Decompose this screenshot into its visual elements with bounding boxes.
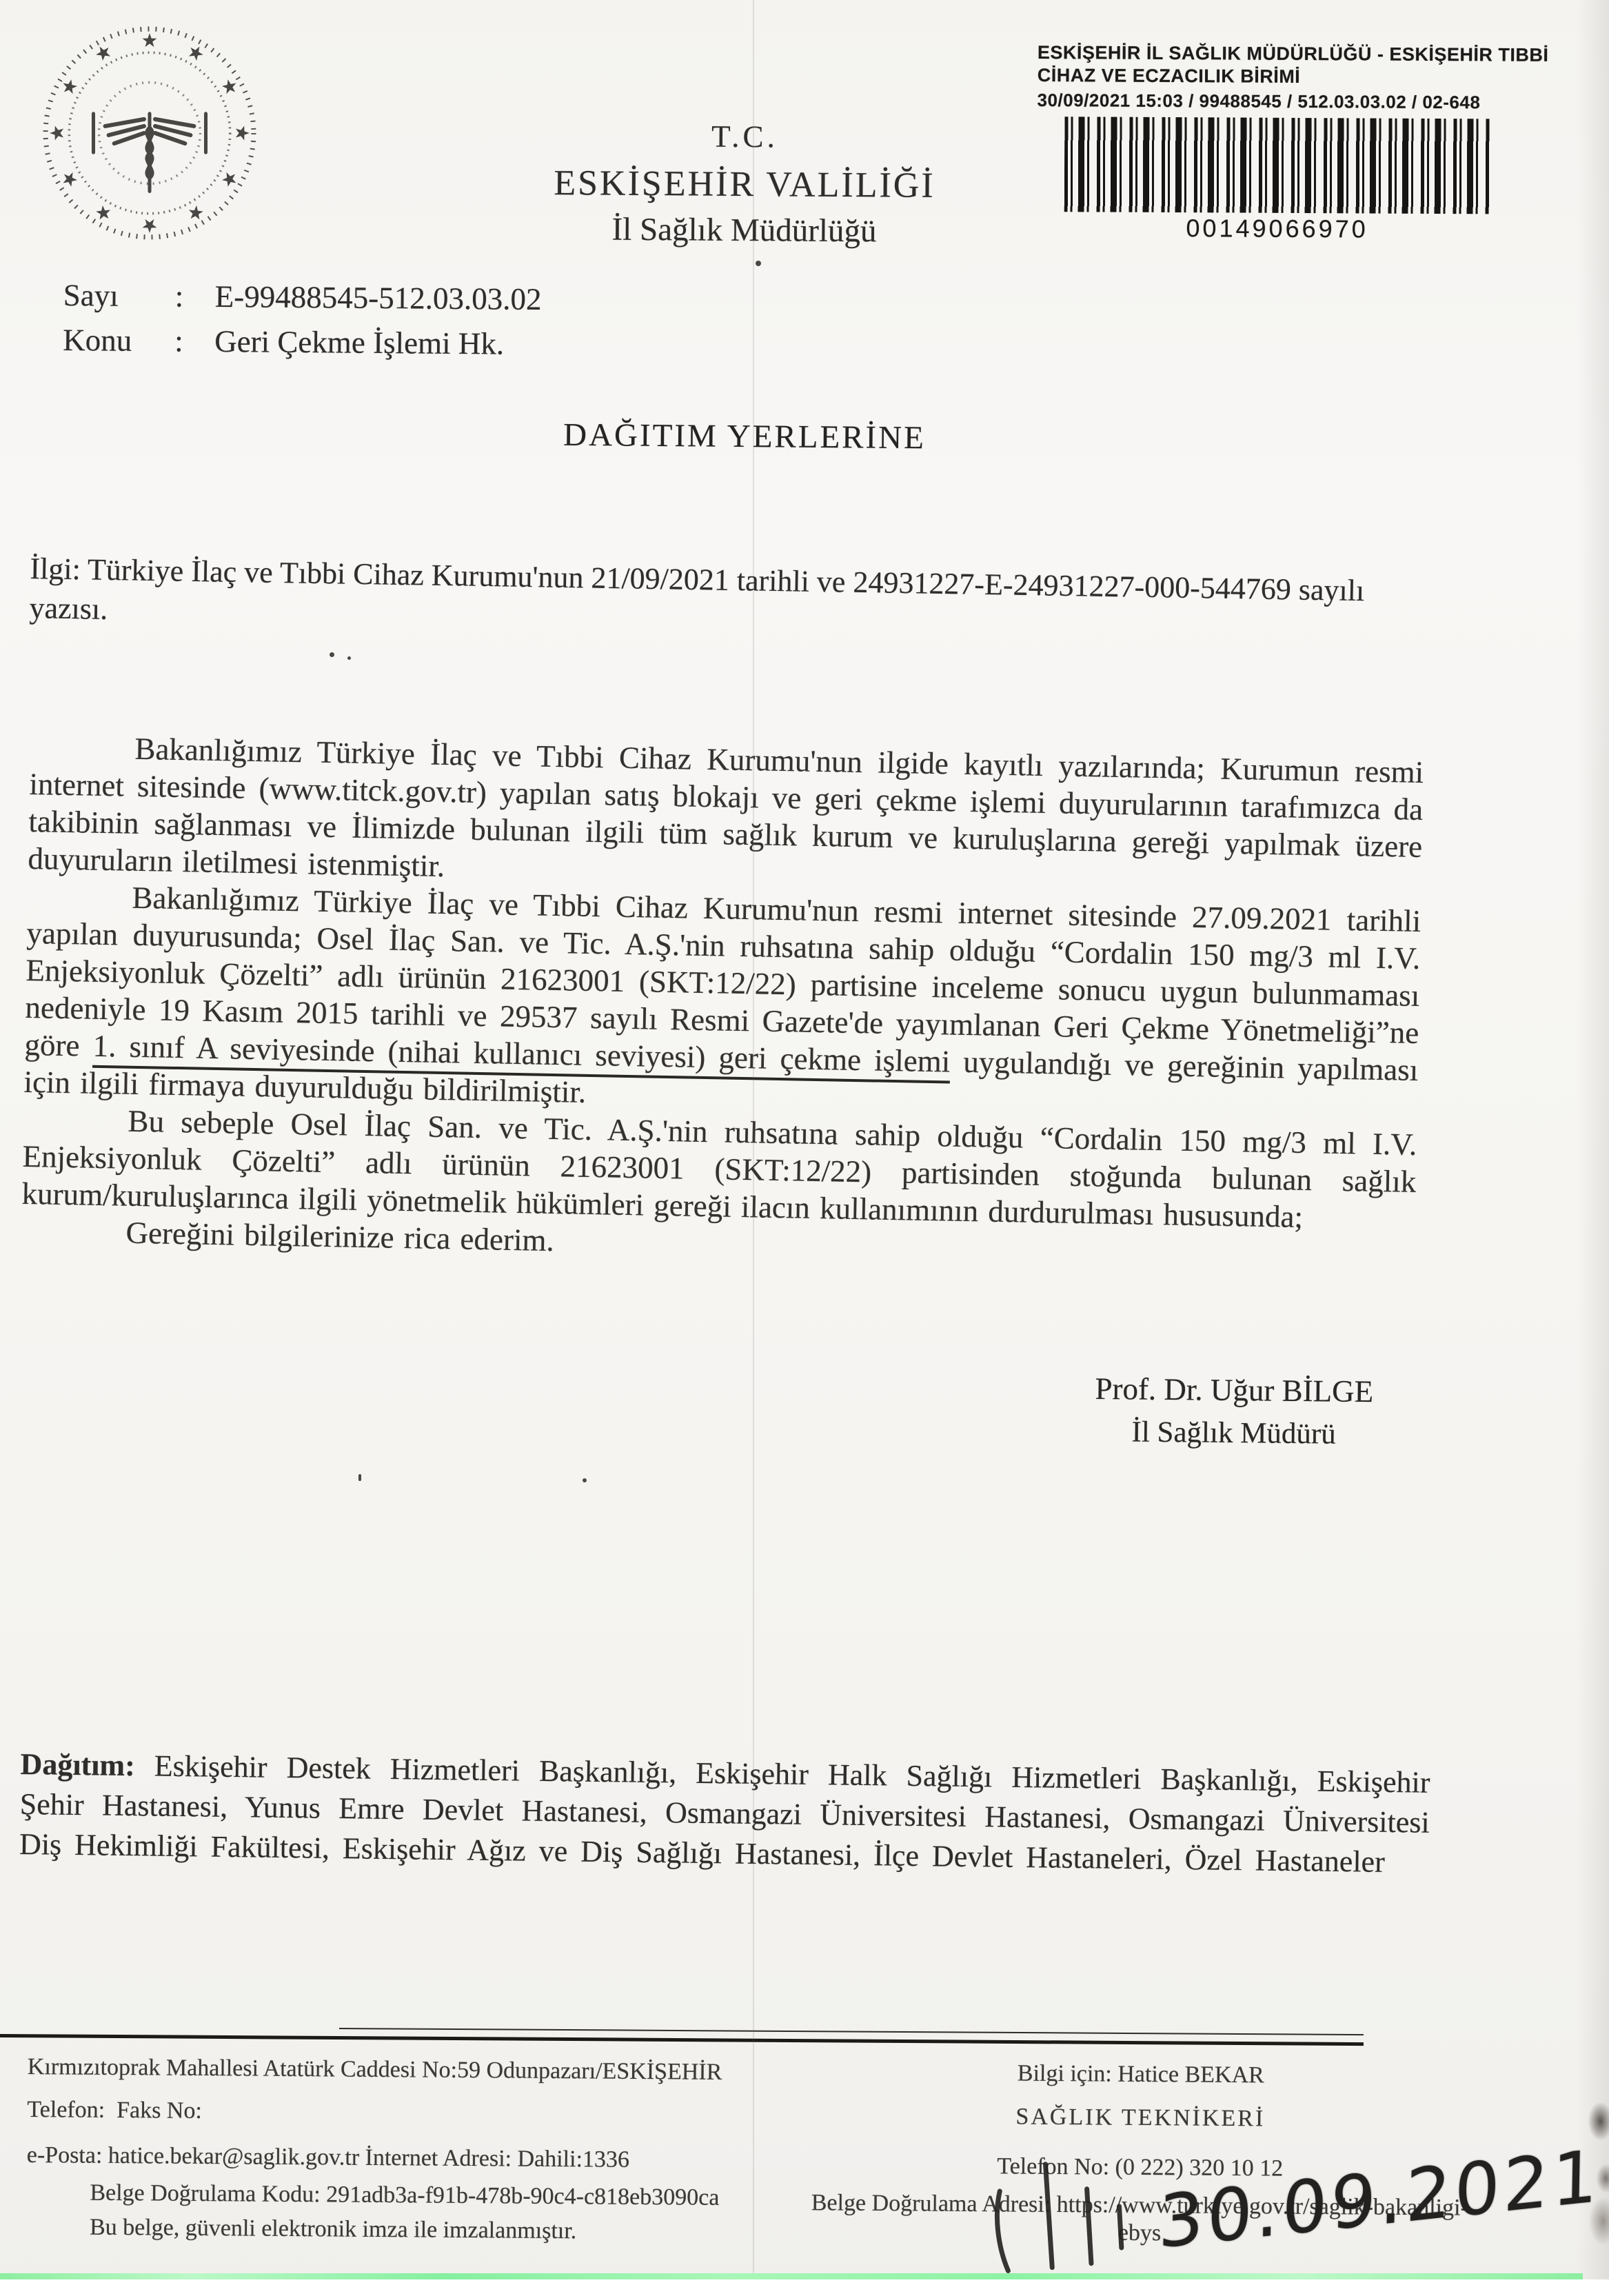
footer-eimza-note: Bu belge, güvenli elektronik imza ile im… bbox=[90, 2214, 764, 2247]
reference-block: Sayı : E-99488545-512.03.03.02 Konu : Ge… bbox=[63, 277, 542, 371]
footer-dogrulama-kodu: Belge Doğrulama Kodu: 291adb3a-f91b-478b… bbox=[90, 2179, 764, 2213]
scan-speck bbox=[330, 652, 334, 657]
letter-body: Bakanlığımız Türkiye İlaç ve Tıbbi Cihaz… bbox=[21, 728, 1424, 1275]
registry-stamp: ESKİŞEHİR İL SAĞLIK MÜDÜRLÜĞÜ - ESKİŞEHİ… bbox=[1036, 41, 1596, 245]
barcode-number: 00149066970 bbox=[1064, 213, 1490, 244]
scan-speck bbox=[347, 656, 351, 660]
paragraph-1: Bakanlığımız Türkiye İlaç ve Tıbbi Cihaz… bbox=[28, 728, 1424, 903]
scan-speck bbox=[756, 261, 761, 266]
footer-divider-thin bbox=[339, 2028, 1364, 2035]
stamp-meta-line: 30/09/2021 15:03 / 99488545 / 512.03.03.… bbox=[1037, 90, 1595, 114]
konu-row: Konu : Geri Çekme İşlemi Hk. bbox=[63, 322, 541, 362]
footer-divider bbox=[0, 2034, 1364, 2046]
distribution-block: Dağıtım: Eskişehir Destek Hizmetleri Baş… bbox=[19, 1744, 1430, 1883]
reference-note: İlgi: Türkiye İlaç ve Tıbbi Cihaz Kurumu… bbox=[29, 549, 1430, 651]
footer-phone-fax: Telefon: Faks No: bbox=[27, 2096, 765, 2129]
scan-speck bbox=[358, 1474, 361, 1481]
recipient-heading: DAĞITIM YERLERİNE bbox=[372, 414, 1117, 458]
sayi-row: Sayı : E-99488545-512.03.03.02 bbox=[63, 277, 542, 317]
barcode bbox=[1064, 117, 1491, 214]
footer-contact-person: Bilgi için: Hatice BEKAR bbox=[793, 2058, 1489, 2091]
konu-value: Geri Çekme İşlemi Hk. bbox=[214, 323, 504, 362]
scanned-letter-page: ESKİŞEHİR İL SAĞLIK MÜDÜRLÜĞÜ - ESKİŞEHİ… bbox=[0, 0, 1609, 2296]
signer-name: Prof. Dr. Uğur BİLGE bbox=[993, 1369, 1476, 1410]
konu-label: Konu bbox=[63, 322, 174, 359]
sayi-label: Sayı bbox=[63, 277, 175, 314]
letterhead-tc: T.C. bbox=[372, 116, 1117, 157]
footer-left-column: Kırmızıtoprak Mahallesi Atatürk Caddesi … bbox=[26, 2053, 765, 2246]
scan-fold-line bbox=[753, 0, 754, 2277]
sayi-colon: : bbox=[175, 278, 215, 314]
distribution-list: Eskişehir Destek Hizmetleri Başkanlığı, … bbox=[19, 1749, 1430, 1879]
scanner-background-strip bbox=[0, 2279, 1609, 2296]
footer-eposta: e-Posta: hatice.bekar@saglik.gov.tr İnte… bbox=[27, 2142, 765, 2175]
signer-title: İl Sağlık Müdürü bbox=[992, 1413, 1475, 1452]
footer-address: Kırmızıtoprak Mahallesi Atatürk Caddesi … bbox=[28, 2053, 765, 2086]
letterhead-valilik: ESKİŞEHİR VALİLİĞİ bbox=[372, 161, 1117, 208]
sayi-value: E-99488545-512.03.03.02 bbox=[215, 279, 542, 317]
letterhead: T.C. ESKİŞEHİR VALİLİĞİ İl Sağlık Müdürl… bbox=[372, 116, 1117, 252]
konu-colon: : bbox=[174, 323, 214, 359]
scanner-artifact-line bbox=[0, 2273, 1583, 2279]
ministry-of-health-seal-icon bbox=[39, 23, 261, 245]
stamp-org-line: ESKİŞEHİR İL SAĞLIK MÜDÜRLÜĞÜ - ESKİŞEHİ… bbox=[1038, 41, 1596, 90]
signature-block: Prof. Dr. Uğur BİLGE İl Sağlık Müdürü bbox=[992, 1369, 1475, 1452]
letterhead-mudurluk: İl Sağlık Müdürlüğü bbox=[372, 209, 1116, 252]
scan-speck bbox=[583, 1478, 587, 1482]
scan-smudge bbox=[1570, 2086, 1609, 2245]
distribution-label: Dağıtım: bbox=[20, 1747, 135, 1782]
handwritten-strokes bbox=[978, 2134, 1162, 2282]
paragraph-2: Bakanlığımız Türkiye İlaç ve Tıbbi Cihaz… bbox=[23, 877, 1421, 1126]
